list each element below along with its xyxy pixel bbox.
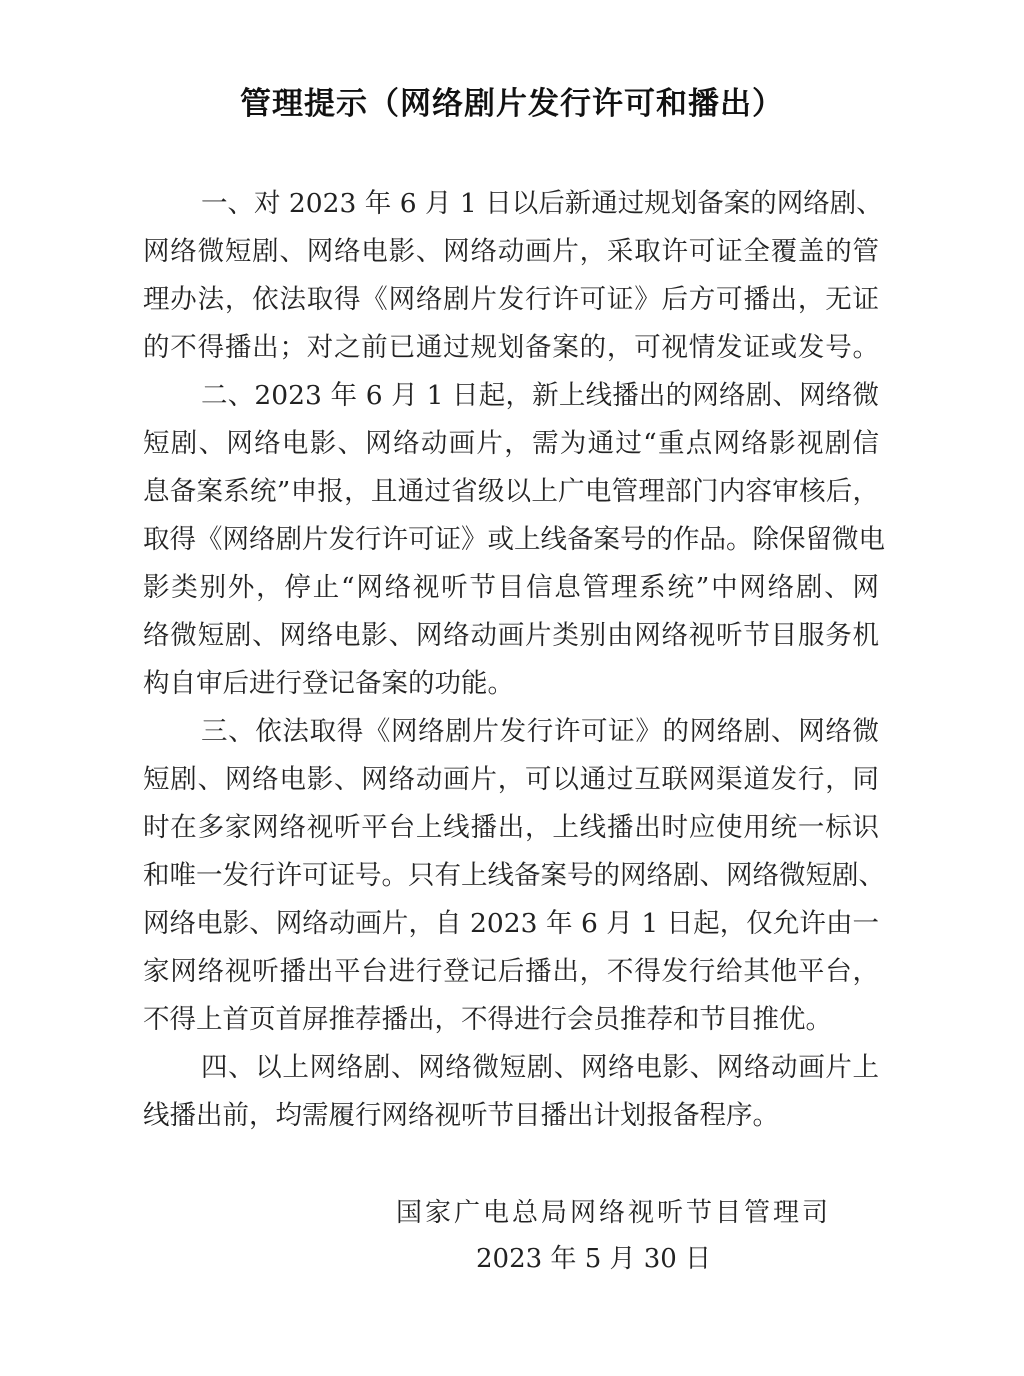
text-line: 线播出前，均需履行网络视听节目播出计划报备程序。 xyxy=(143,1092,879,1140)
paragraph-2: 二、2023 年 6 月 1 日起，新上线播出的网络剧、网络微 短剧、网络电影、… xyxy=(143,372,879,708)
text-line: 短剧、网络电影、网络动画片，需为通过“重点网络影视剧信 xyxy=(143,420,879,468)
document-title: 管理提示（网络剧片发行许可和播出） xyxy=(0,78,1024,123)
paragraph-4: 四、以上网络剧、网络微短剧、网络电影、网络动画片上 线播出前，均需履行网络视听节… xyxy=(143,1044,879,1140)
text-line: 短剧、网络电影、网络动画片，可以通过互联网渠道发行，同 xyxy=(143,756,879,804)
text-line: 络微短剧、网络电影、网络动画片类别由网络视听节目服务机 xyxy=(143,612,879,660)
document-body: 一、对 2023 年 6 月 1 日以后新通过规划备案的网络剧、 网络微短剧、网… xyxy=(143,180,879,1140)
paragraph-3: 三、依法取得《网络剧片发行许可证》的网络剧、网络微 短剧、网络电影、网络动画片，… xyxy=(143,708,879,1044)
issuer-signature: 国家广电总局网络视听节目管理司 xyxy=(396,1190,831,1236)
text-line: 二、2023 年 6 月 1 日起，新上线播出的网络剧、网络微 xyxy=(143,372,879,420)
text-line: 构自审后进行登记备案的功能。 xyxy=(143,660,879,708)
text-line: 不得上首页首屏推荐播出，不得进行会员推荐和节目推优。 xyxy=(143,996,879,1044)
issue-date: 2023 年 5 月 30 日 xyxy=(476,1236,711,1282)
text-line: 理办法，依法取得《网络剧片发行许可证》后方可播出，无证 xyxy=(143,276,879,324)
text-line: 影类别外，停止“网络视听节目信息管理系统”中网络剧、网 xyxy=(143,564,879,612)
text-line: 时在多家网络视听平台上线播出，上线播出时应使用统一标识 xyxy=(143,804,879,852)
text-line: 和唯一发行许可证号。只有上线备案号的网络剧、网络微短剧、 xyxy=(143,852,879,900)
text-line: 网络电影、网络动画片，自 2023 年 6 月 1 日起，仅允许由一 xyxy=(143,900,879,948)
text-line: 四、以上网络剧、网络微短剧、网络电影、网络动画片上 xyxy=(143,1044,879,1092)
paragraph-1: 一、对 2023 年 6 月 1 日以后新通过规划备案的网络剧、 网络微短剧、网… xyxy=(143,180,879,372)
text-line: 息备案系统”申报，且通过省级以上广电管理部门内容审核后， xyxy=(143,468,879,516)
text-line: 网络微短剧、网络电影、网络动画片，采取许可证全覆盖的管 xyxy=(143,228,879,276)
text-line: 的不得播出；对之前已通过规划备案的，可视情发证或发号。 xyxy=(143,324,879,372)
text-line: 三、依法取得《网络剧片发行许可证》的网络剧、网络微 xyxy=(143,708,879,756)
text-line: 一、对 2023 年 6 月 1 日以后新通过规划备案的网络剧、 xyxy=(143,180,879,228)
text-line: 家网络视听播出平台进行登记后播出，不得发行给其他平台， xyxy=(143,948,879,996)
text-line: 取得《网络剧片发行许可证》或上线备案号的作品。除保留微电 xyxy=(143,516,879,564)
